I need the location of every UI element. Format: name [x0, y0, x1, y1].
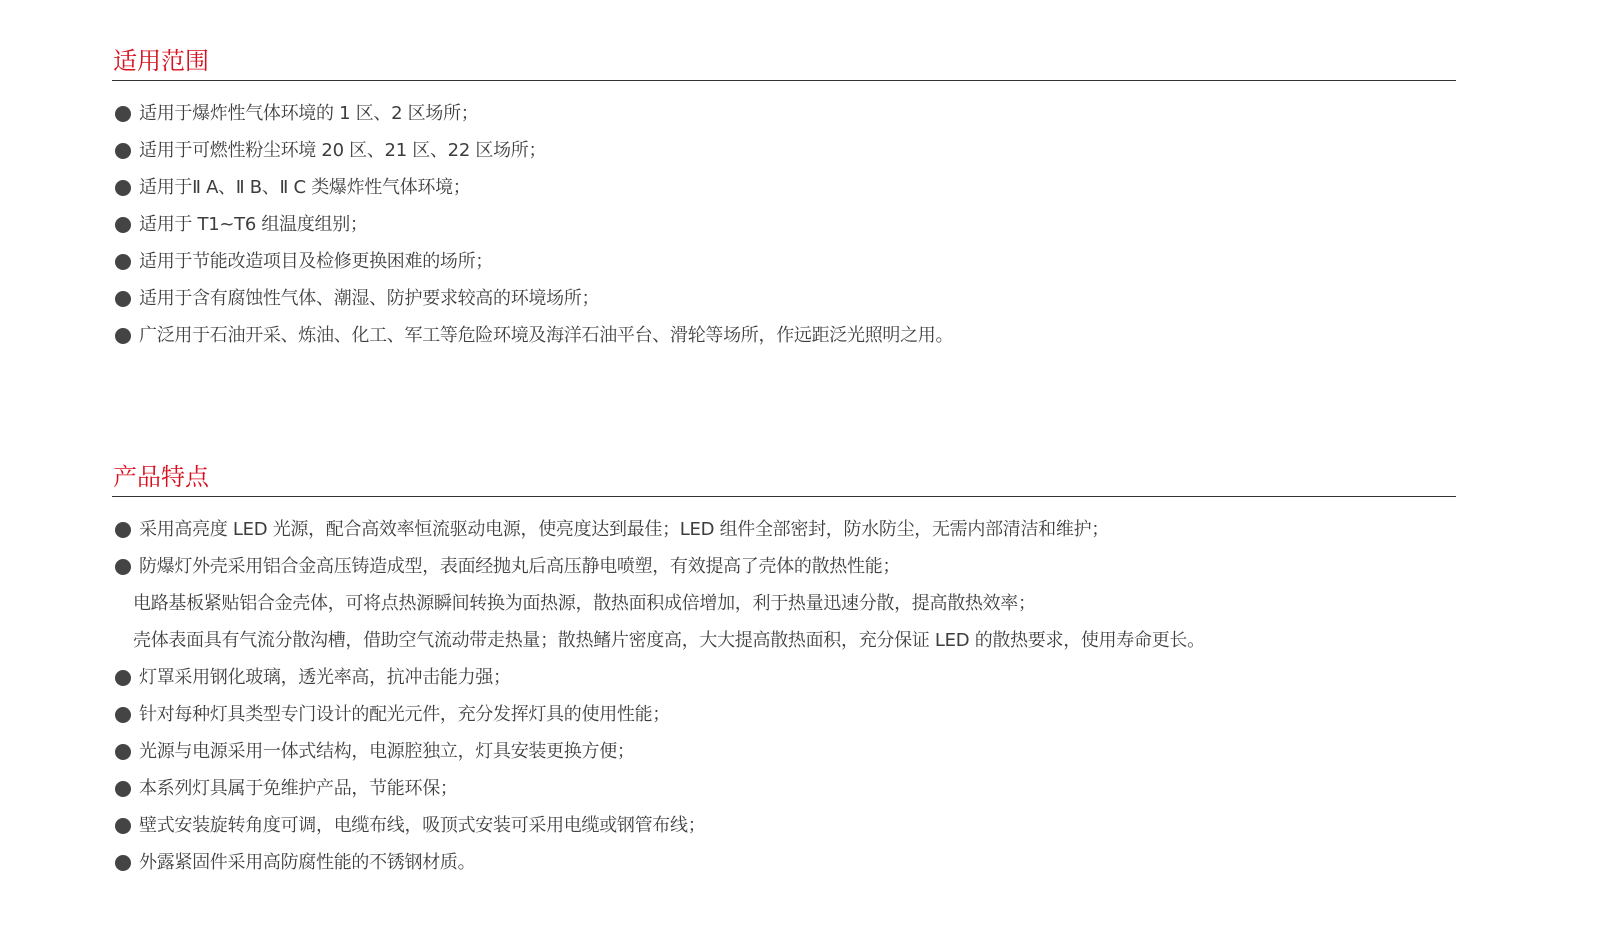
bullet-dot-icon [115, 328, 131, 344]
bullet-dot-icon [115, 559, 131, 575]
list-item: 光源与电源采用一体式结构，电源腔独立，灯具安装更换方便； [112, 733, 1456, 770]
section-product-features: 产品特点 采用高亮度 LED 光源，配合高效率恒流驱动电源，使亮度达到最佳；LE… [112, 462, 1456, 881]
list-item: 适用于爆炸性气体环境的 1 区、2 区场所； [112, 95, 1456, 132]
section-application-scope: 适用范围 适用于爆炸性气体环境的 1 区、2 区场所； 适用于可燃性粉尘环境 2… [112, 46, 1456, 354]
list-item-continuation: 电路基板紧贴铝合金壳体，可将点热源瞬间转换为面热源，散热面积成倍增加，利于热量迅… [112, 585, 1456, 622]
bullet-dot-icon [115, 254, 131, 270]
section-title: 产品特点 [112, 462, 1456, 496]
bullet-dot-icon [115, 670, 131, 686]
bullet-dot-icon [115, 291, 131, 307]
section-title: 适用范围 [112, 46, 1456, 80]
bullet-list: 采用高亮度 LED 光源，配合高效率恒流驱动电源，使亮度达到最佳；LED 组件全… [112, 511, 1456, 881]
list-item-continuation: 壳体表面具有气流分散沟槽，借助空气流动带走热量；散热鳍片密度高，大大提高散热面积… [112, 622, 1456, 659]
list-item: 防爆灯外壳采用铝合金高压铸造成型，表面经抛丸后高压静电喷塑，有效提高了壳体的散热… [112, 548, 1456, 585]
bullet-dot-icon [115, 217, 131, 233]
bullet-dot-icon [115, 522, 131, 538]
list-item: 针对每种灯具类型专门设计的配光元件，充分发挥灯具的使用性能； [112, 696, 1456, 733]
list-item: 外露紧固件采用高防腐性能的不锈钢材质。 [112, 844, 1456, 881]
bullet-dot-icon [115, 707, 131, 723]
bullet-list: 适用于爆炸性气体环境的 1 区、2 区场所； 适用于可燃性粉尘环境 20 区、2… [112, 95, 1456, 354]
bullet-dot-icon [115, 180, 131, 196]
divider [112, 496, 1456, 497]
list-item: 本系列灯具属于免维护产品，节能环保； [112, 770, 1456, 807]
bullet-dot-icon [115, 744, 131, 760]
list-item: 适用于节能改造项目及检修更换困难的场所； [112, 243, 1456, 280]
bullet-dot-icon [115, 781, 131, 797]
list-item: 适用于 T1~T6 组温度组别； [112, 206, 1456, 243]
list-item: 采用高亮度 LED 光源，配合高效率恒流驱动电源，使亮度达到最佳；LED 组件全… [112, 511, 1456, 548]
bullet-dot-icon [115, 143, 131, 159]
list-item: 适用于Ⅱ A、Ⅱ B、Ⅱ C 类爆炸性气体环境； [112, 169, 1456, 206]
list-item: 适用于含有腐蚀性气体、潮湿、防护要求较高的环境场所； [112, 280, 1456, 317]
list-item: 适用于可燃性粉尘环境 20 区、21 区、22 区场所； [112, 132, 1456, 169]
divider [112, 80, 1456, 81]
bullet-dot-icon [115, 106, 131, 122]
list-item: 灯罩采用钢化玻璃，透光率高，抗冲击能力强； [112, 659, 1456, 696]
bullet-dot-icon [115, 855, 131, 871]
list-item: 壁式安装旋转角度可调，电缆布线，吸顶式安装可采用电缆或钢管布线； [112, 807, 1456, 844]
bullet-dot-icon [115, 818, 131, 834]
list-item: 广泛用于石油开采、炼油、化工、军工等危险环境及海洋石油平台、滑轮等场所，作远距泛… [112, 317, 1456, 354]
